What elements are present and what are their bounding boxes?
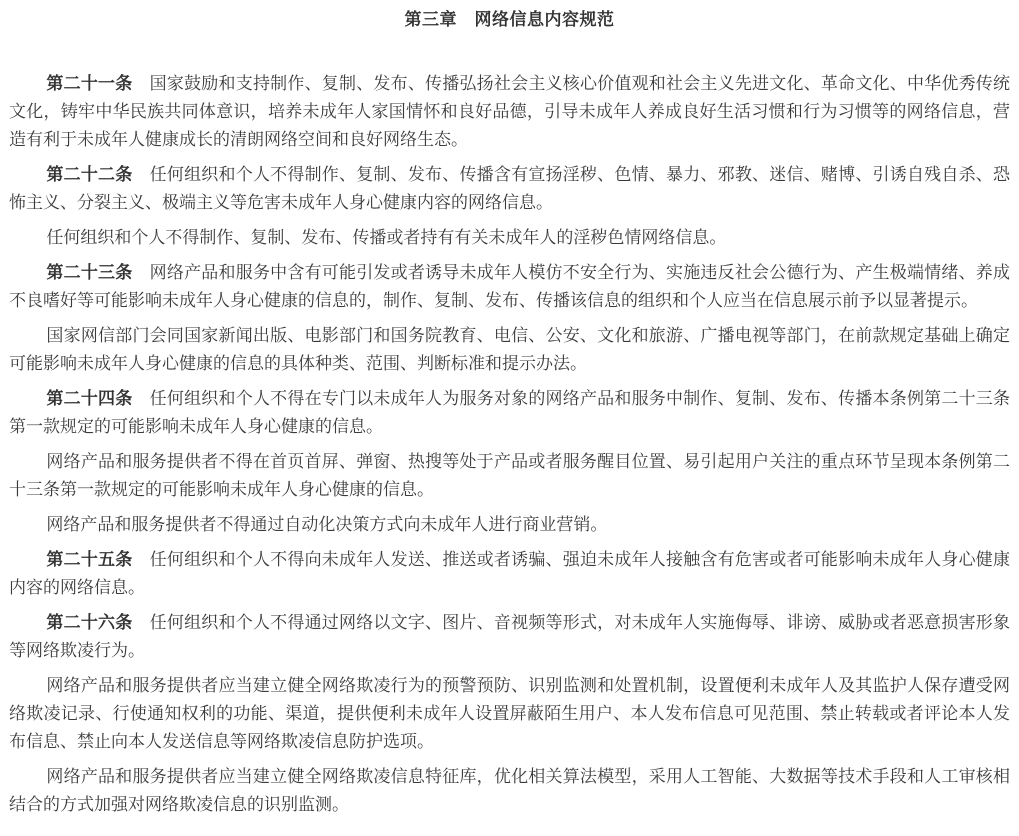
paragraph-article-26-clause-2: 网络产品和服务提供者应当建立健全网络欺凌行为的预警预防、识别监测和处置机制，设置… [9, 672, 1010, 756]
article-number: 第二十六条 [46, 613, 149, 632]
article-number: 第二十三条 [46, 263, 149, 282]
paragraph-article-23-clause-2: 国家网信部门会同国家新闻出版、电影部门和国务院教育、电信、公安、文化和旅游、广播… [9, 322, 1010, 378]
article-number: 第二十二条 [46, 165, 149, 184]
paragraph-text: 任何组织和个人不得制作、复制、发布、传播含有宣扬淫秽、色情、暴力、邪教、迷信、赌… [9, 165, 1010, 212]
paragraph-text: 任何组织和个人不得向未成年人发送、推送或者诱骗、强迫未成年人接触含有危害或者可能… [9, 550, 1010, 597]
paragraph-article-26: 第二十六条 任何组织和个人不得通过网络以文字、图片、音视频等形式，对未成年人实施… [9, 609, 1010, 665]
paragraph-text: 网络产品和服务中含有可能引发或者诱导未成年人模仿不安全行为、实施违反社会公德行为… [9, 263, 1010, 310]
paragraph-article-26-clause-3: 网络产品和服务提供者应当建立健全网络欺凌信息特征库，优化相关算法模型，采用人工智… [9, 763, 1010, 819]
article-number: 第二十四条 [46, 389, 149, 408]
paragraph-article-24-clause-3: 网络产品和服务提供者不得通过自动化决策方式向未成年人进行商业营销。 [9, 511, 1010, 539]
article-number: 第二十一条 [46, 74, 149, 93]
paragraph-article-25: 第二十五条 任何组织和个人不得向未成年人发送、推送或者诱骗、强迫未成年人接触含有… [9, 546, 1010, 602]
paragraph-text: 任何组织和个人不得制作、复制、发布、传播或者持有有关未成年人的淫秽色情网络信息。 [46, 228, 726, 247]
chapter-title: 第三章 网络信息内容规范 [9, 8, 1010, 32]
paragraph-article-22-clause-2: 任何组织和个人不得制作、复制、发布、传播或者持有有关未成年人的淫秽色情网络信息。 [9, 224, 1010, 252]
paragraph-text: 国家鼓励和支持制作、复制、发布、传播弘扬社会主义核心价值观和社会主义先进文化、革… [9, 74, 1010, 149]
paragraph-text: 网络产品和服务提供者不得通过自动化决策方式向未成年人进行商业营销。 [46, 515, 607, 534]
paragraph-article-24-clause-2: 网络产品和服务提供者不得在首页首屏、弹窗、热搜等处于产品或者服务醒目位置、易引起… [9, 448, 1010, 504]
paragraph-text: 网络产品和服务提供者应当建立健全网络欺凌行为的预警预防、识别监测和处置机制，设置… [9, 676, 1010, 751]
paragraph-text: 任何组织和个人不得通过网络以文字、图片、音视频等形式，对未成年人实施侮辱、诽谤、… [9, 613, 1010, 660]
paragraph-text: 国家网信部门会同国家新闻出版、电影部门和国务院教育、电信、公安、文化和旅游、广播… [9, 326, 1010, 373]
paragraph-article-21: 第二十一条 国家鼓励和支持制作、复制、发布、传播弘扬社会主义核心价值观和社会主义… [9, 70, 1010, 154]
paragraph-article-24: 第二十四条 任何组织和个人不得在专门以未成年人为服务对象的网络产品和服务中制作、… [9, 385, 1010, 441]
document-page: 第三章 网络信息内容规范 第二十一条 国家鼓励和支持制作、复制、发布、传播弘扬社… [0, 0, 1019, 836]
paragraph-text: 网络产品和服务提供者不得在首页首屏、弹窗、热搜等处于产品或者服务醒目位置、易引起… [9, 452, 1010, 499]
paragraph-text: 网络产品和服务提供者应当建立健全网络欺凌信息特征库，优化相关算法模型，采用人工智… [9, 767, 1010, 814]
article-number: 第二十五条 [46, 550, 149, 569]
paragraph-text: 任何组织和个人不得在专门以未成年人为服务对象的网络产品和服务中制作、复制、发布、… [9, 389, 1010, 436]
paragraph-article-22: 第二十二条 任何组织和个人不得制作、复制、发布、传播含有宣扬淫秽、色情、暴力、邪… [9, 161, 1010, 217]
paragraph-article-23: 第二十三条 网络产品和服务中含有可能引发或者诱导未成年人模仿不安全行为、实施违反… [9, 259, 1010, 315]
